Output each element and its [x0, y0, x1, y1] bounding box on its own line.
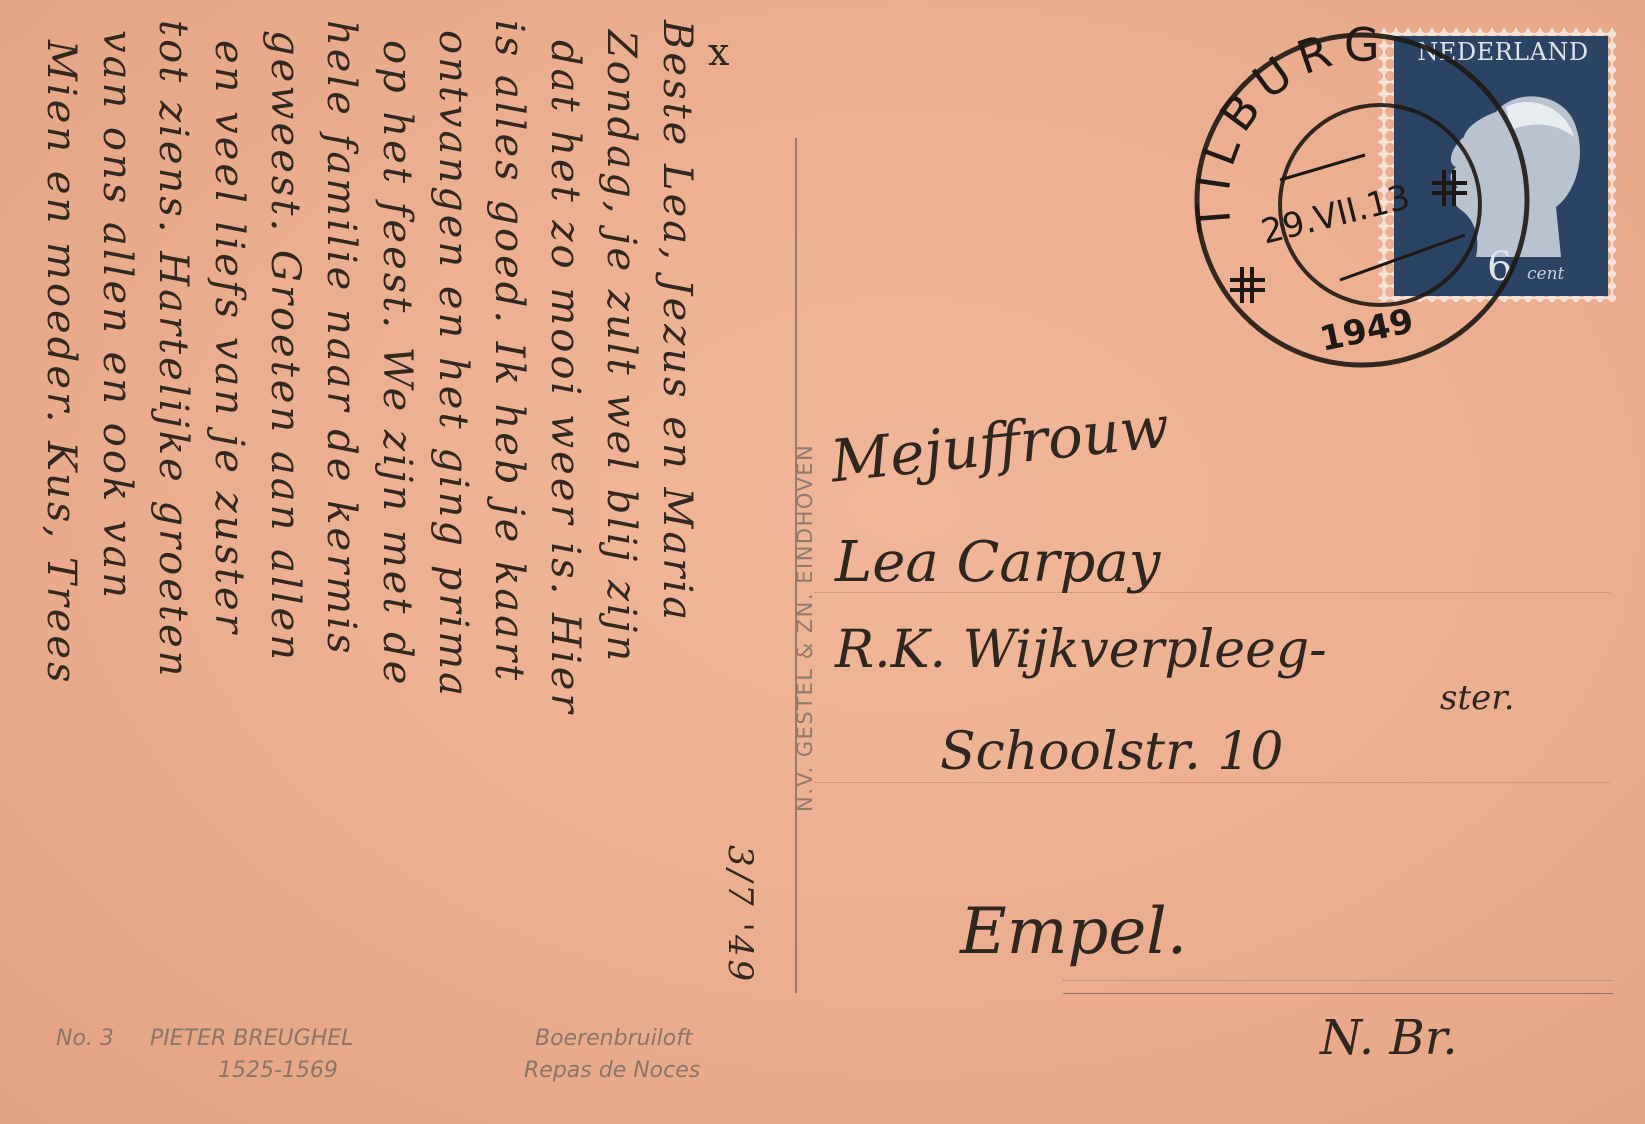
message-column: tot ziens. Hartelijke groeten — [150, 20, 196, 679]
address-street: Schoolstr. 10 — [940, 722, 1283, 782]
caption-title: Boerenbruiloft — [535, 1026, 693, 1051]
caption-number: No. 3 — [56, 1026, 114, 1051]
postcard-back: Beste Lea, Jezus en MariaZondag, je zult… — [0, 0, 1645, 1124]
caption-artist: PIETER BREUGHEL — [150, 1026, 353, 1051]
message-column: en veel liefs van je zuster — [206, 40, 252, 636]
address-name: Lea Carpay — [835, 530, 1160, 595]
address-line-3 — [1063, 980, 1613, 981]
message-column: op het feest. We zijn met de — [374, 40, 420, 687]
publisher-imprint: N.V. GESTEL & ZN. EINDHOVEN — [793, 444, 817, 812]
address-line-4 — [1063, 993, 1613, 994]
address-line-2 — [815, 782, 1610, 783]
message-column: Mien en moeder. Kus, Trees — [38, 40, 84, 686]
message-column: hele familie naar de kermis — [318, 20, 364, 657]
message-column: Zondag, je zult wel blij zijn — [598, 30, 644, 664]
postmark: TILBURG 29.VII.13 1949 — [1190, 25, 1540, 385]
caption-years: 1525-1569 — [218, 1058, 338, 1083]
message-column: is alles goed. Ik heb je kaart — [486, 20, 532, 683]
address-line3: R.K. Wijkverpleeg- — [835, 620, 1327, 680]
message-column: van ons allen en ook van — [94, 30, 140, 601]
caption-title-fr: Repas de Noces — [524, 1058, 700, 1083]
address-line3b: ster. — [1440, 678, 1515, 718]
message-column: ontvangen en het ging prima — [430, 30, 476, 699]
address-city: Empel. — [960, 895, 1187, 969]
address-salutation: Mejuffrouw — [827, 392, 1172, 495]
message-column: dat het zo mooi weer is. Hier — [542, 40, 588, 716]
message-date: 3/7 '49 — [720, 845, 760, 984]
svg-text:1949: 1949 — [1316, 301, 1417, 360]
message-column: Beste Lea, Jezus en Maria — [654, 20, 700, 623]
message-mark: x — [708, 30, 729, 74]
message-column: geweest. Groeten aan allen — [262, 30, 308, 663]
address-region: N. Br. — [1320, 1010, 1458, 1066]
